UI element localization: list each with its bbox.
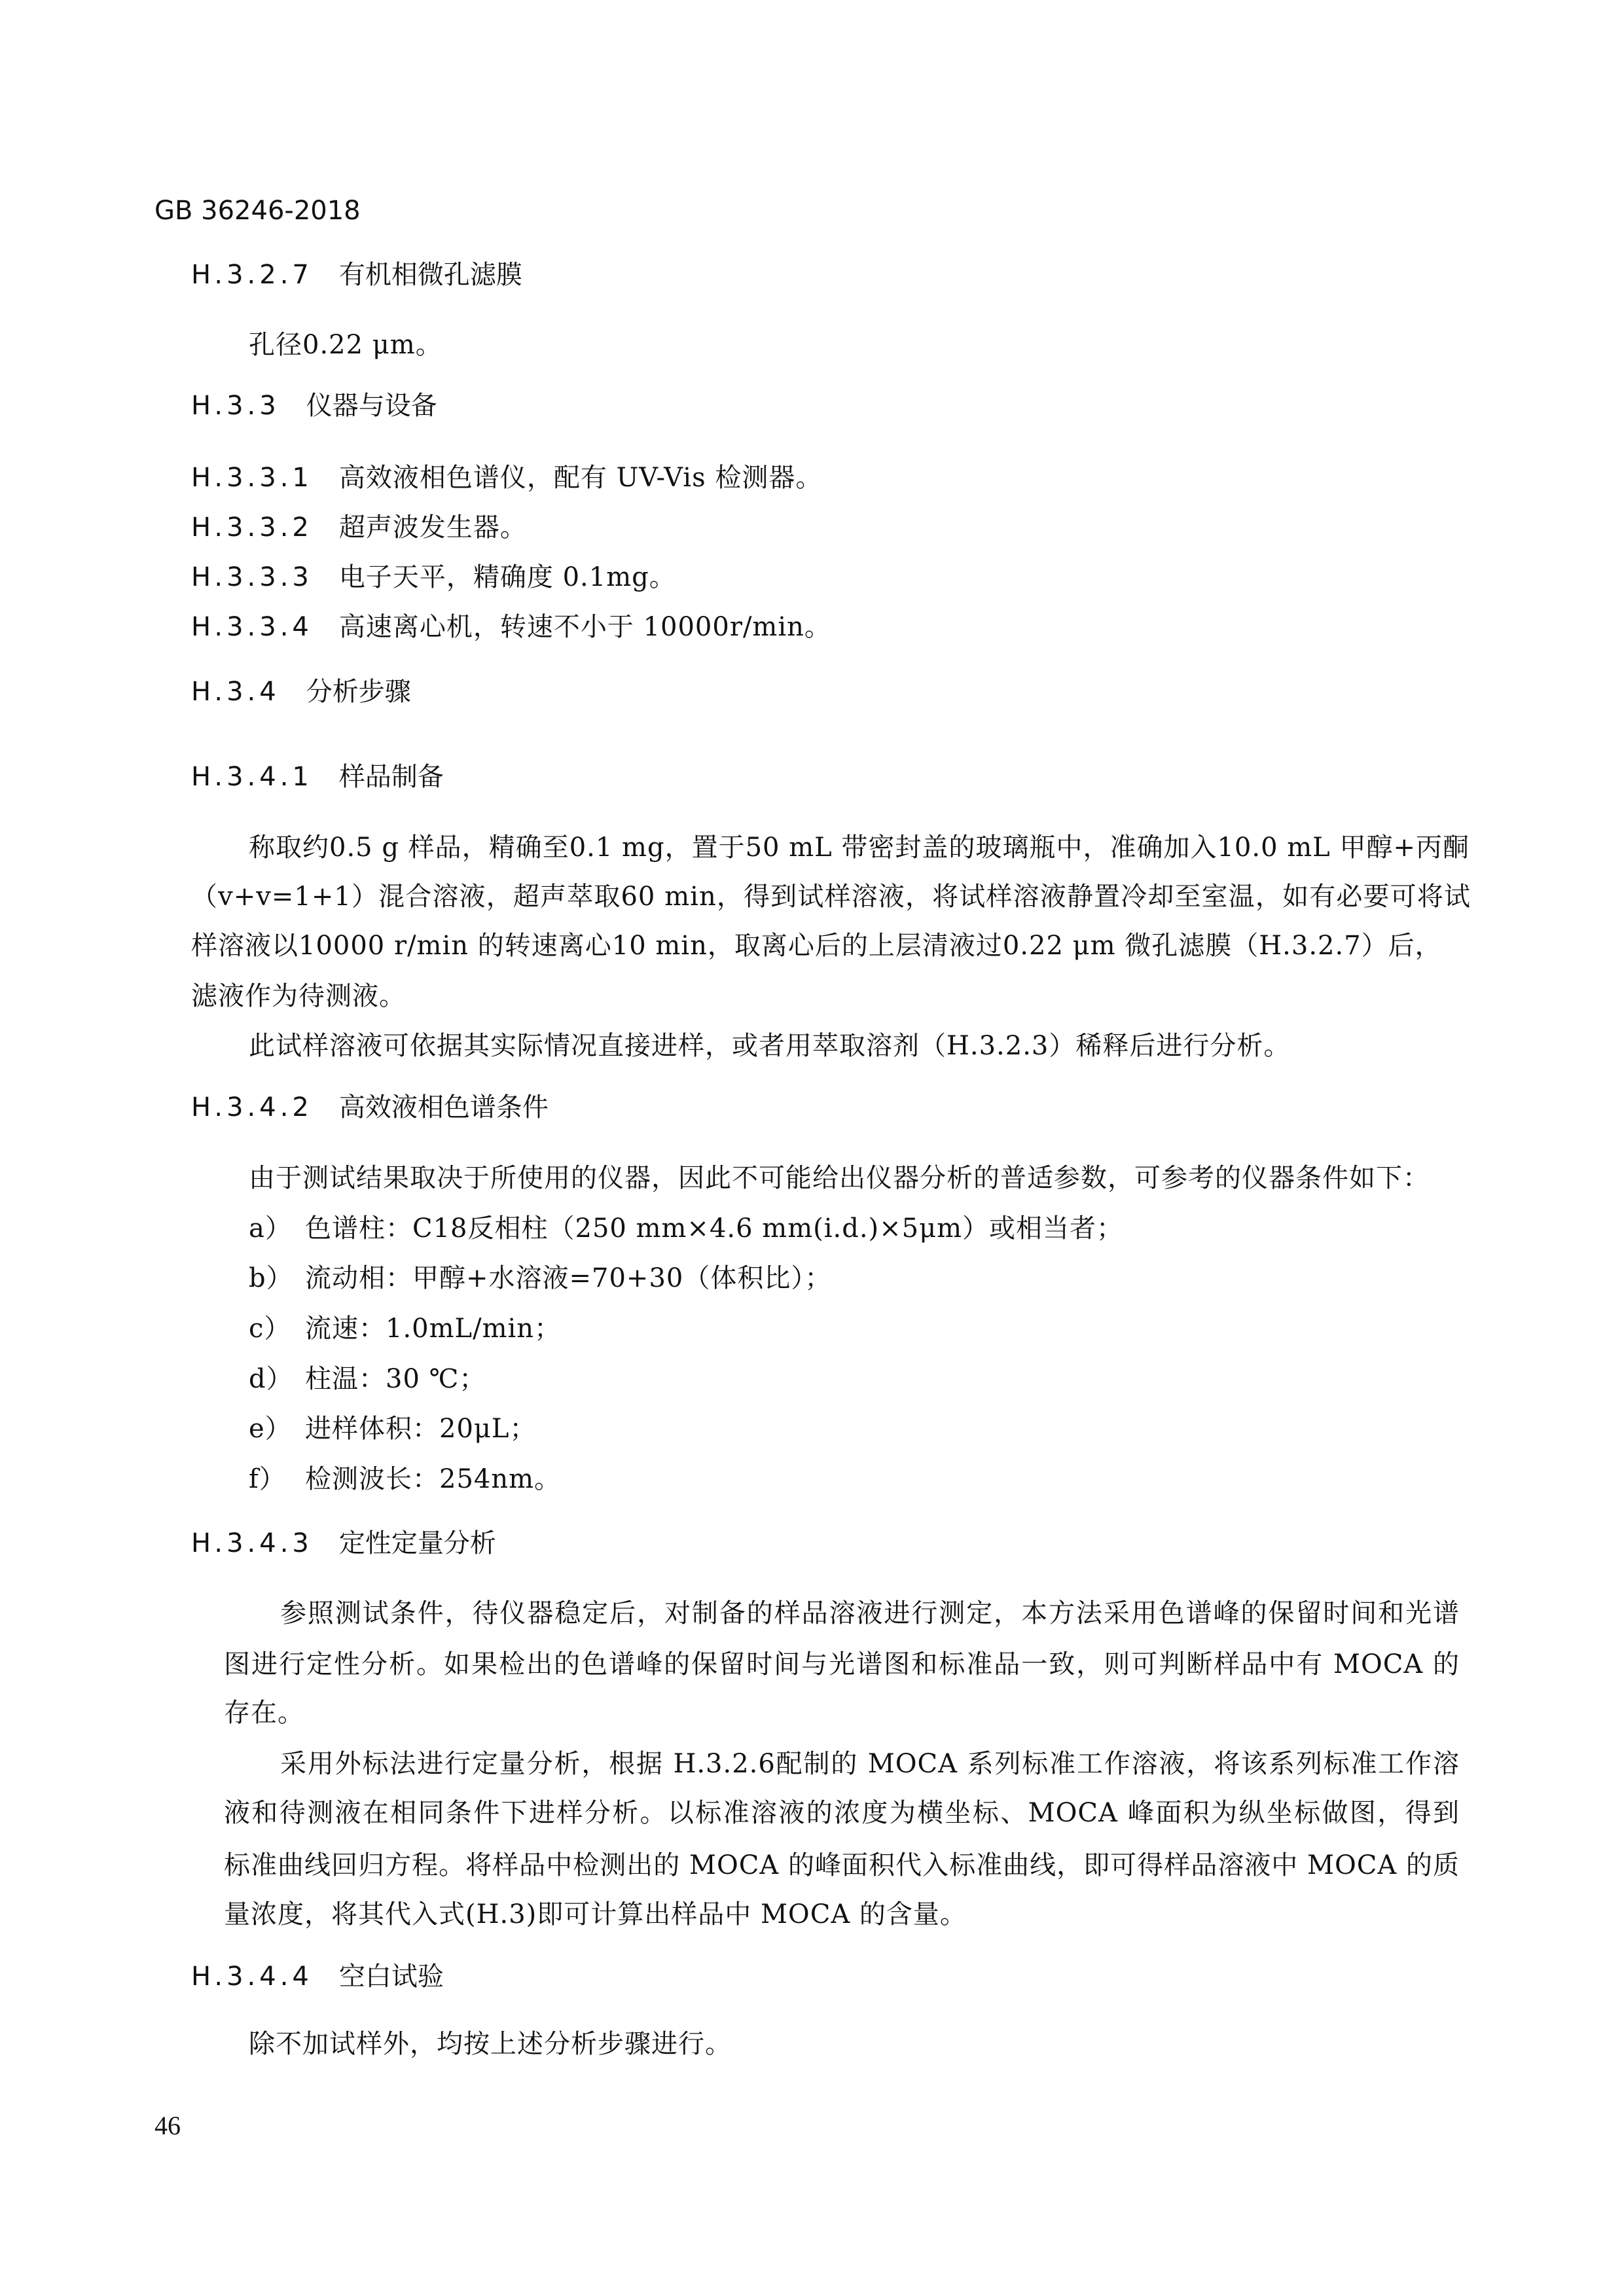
list-item-h3-3-2: H.3.3.2超声波发生器。 [191,514,527,541]
item-text: 进样体积：20μL； [305,1414,536,1444]
item-text: 高效液相色谱仪，配有 UV-Vis 检测器。 [339,463,822,493]
condition-item-d: d）柱温：30 ℃； [249,1366,486,1392]
section-title: 有机相微孔滤膜 [339,260,522,290]
item-text: 流动相：甲醇+水溶液=70+30（体积比）； [305,1263,831,1293]
paragraph-line: 液和待测液在相同条件下进样分析。以标准溶液的浓度为横坐标、MOCA 峰面积为纵坐… [224,1800,1460,1826]
paragraph-line: 图进行定性分析。如果检出的色谱峰的保留时间与光谱图和标准品一致，则可判断样品中有… [224,1651,1460,1677]
paragraph-line: （v+v=1+1）混合溶液，超声萃取60 min，得到试样溶液，将试样溶液静置冷… [191,884,1471,910]
section-number: H.3.3 [191,393,280,419]
item-label: a） [249,1215,305,1242]
section-heading-h3-4-1: H.3.4.1样品制备 [191,764,444,790]
item-text: 电子天平，精确度 0.1mg。 [339,562,676,592]
section-number: H.3.4.4 [191,1964,313,1990]
section-heading-h3-4-3: H.3.4.3定性定量分析 [191,1530,496,1556]
condition-item-e: e）进样体积：20μL； [249,1416,536,1442]
paragraph-line: 参照测试条件，待仪器稳定后，对制备的样品溶液进行测定，本方法采用色谱峰的保留时间… [280,1600,1460,1626]
section-title: 样品制备 [339,762,444,792]
item-text: 色谱柱：C18反相柱（250 mm×4.6 mm(i.d.)×5μm）或相当者； [305,1213,1123,1244]
item-number: H.3.3.3 [191,564,313,590]
paragraph-line: 采用外标法进行定量分析，根据 H.3.2.6配制的 MOCA 系列标准工作溶液，… [280,1751,1460,1777]
condition-item-b: b）流动相：甲醇+水溶液=70+30（体积比）； [249,1265,831,1291]
list-item-h3-3-4: H.3.3.4高速离心机，转速不小于 10000r/min。 [191,614,831,640]
paragraph: 除不加试样外，均按上述分析步骤进行。 [249,2031,732,2057]
item-label: e） [249,1416,305,1442]
item-text: 柱温：30 ℃； [305,1364,486,1394]
item-label: b） [249,1265,305,1291]
item-text: 高速离心机，转速不小于 10000r/min。 [339,612,831,642]
item-text: 流速：1.0mL/min； [305,1314,561,1344]
document-page: GB 36246-2018 H.3.2.7有机相微孔滤膜 孔径0.22 μm。 … [0,0,1624,2296]
section-heading-h3-2-7: H.3.2.7有机相微孔滤膜 [191,262,522,288]
item-number: H.3.3.4 [191,614,313,640]
section-number: H.3.4.2 [191,1094,313,1121]
section-heading-h3-4: H.3.4分析步骤 [191,679,411,705]
item-label: c） [249,1316,305,1342]
paragraph-intro: 由于测试结果取决于所使用的仪器，因此不可能给出仪器分析的普适参数，可参考的仪器条… [249,1165,1430,1191]
page-number: 46 [154,2113,181,2139]
section-title: 空白试验 [339,1962,444,1992]
section-number: H.3.4.3 [191,1530,313,1556]
paragraph-line: 样溶液以10000 r/min 的转速离心10 min，取离心后的上层清液过0.… [191,933,1442,959]
item-label: f） [249,1466,305,1492]
item-text: 超声波发生器。 [339,512,527,543]
section-heading-h3-3: H.3.3仪器与设备 [191,393,437,419]
condition-item-a: a）色谱柱：C18反相柱（250 mm×4.6 mm(i.d.)×5μm）或相当… [249,1215,1123,1242]
paragraph-line: 标准曲线回归方程。将样品中检测出的 MOCA 的峰面积代入标准曲线，即可得样品溶… [224,1852,1460,1878]
section-heading-h3-4-2: H.3.4.2高效液相色谱条件 [191,1094,549,1121]
condition-item-c: c）流速：1.0mL/min； [249,1316,561,1342]
list-item-h3-3-1: H.3.3.1高效液相色谱仪，配有 UV-Vis 检测器。 [191,465,822,491]
item-number: H.3.3.1 [191,465,313,491]
section-number: H.3.2.7 [191,262,313,288]
section-number: H.3.4 [191,679,280,705]
paragraph-line: 称取约0.5 g 样品，精确至0.1 mg，置于50 mL 带密封盖的玻璃瓶中，… [249,834,1470,861]
item-text: 检测波长：254nm。 [305,1464,561,1494]
paragraph-line: 量浓度，将其代入式(H.3)即可计算出样品中 MOCA 的含量。 [224,1901,967,1928]
section-number: H.3.4.1 [191,764,313,790]
condition-item-f: f）检测波长：254nm。 [249,1466,561,1492]
section-title: 仪器与设备 [306,391,437,421]
section-title: 定性定量分析 [339,1528,496,1558]
standard-id-header: GB 36246-2018 [154,198,361,224]
item-number: H.3.3.2 [191,514,313,541]
paragraph-line: 存在。 [224,1700,304,1726]
section-body-h3-2-7: 孔径0.22 μm。 [249,332,442,358]
list-item-h3-3-3: H.3.3.3电子天平，精确度 0.1mg。 [191,564,676,590]
section-heading-h3-4-4: H.3.4.4空白试验 [191,1964,444,1990]
item-label: d） [249,1366,305,1392]
paragraph-line: 滤液作为待测液。 [191,983,406,1009]
section-title: 分析步骤 [306,677,411,707]
paragraph: 此试样溶液可依据其实际情况直接进样，或者用萃取溶剂（H.3.2.3）稀释后进行分… [249,1033,1290,1059]
section-title: 高效液相色谱条件 [339,1092,549,1122]
